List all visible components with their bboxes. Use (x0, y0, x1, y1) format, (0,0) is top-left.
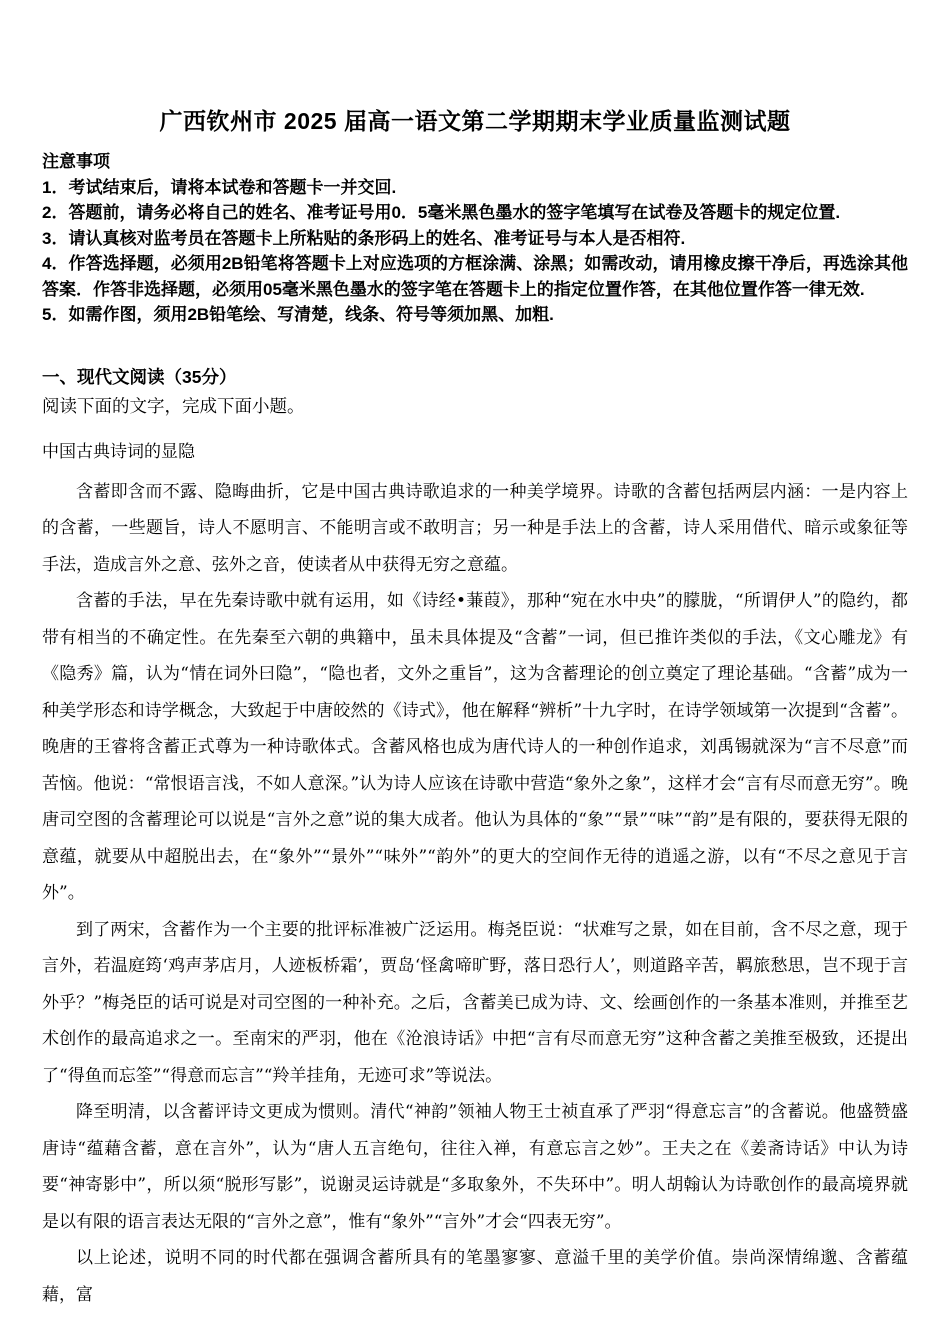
notice-section: 注意事项 1．考试结束后，请将本试卷和答题卡一并交回. 2．答题前，请务必将自己… (42, 149, 908, 328)
notice-item-4: 4．作答选择题，必须用2B铅笔将答题卡上对应选项的方框涂满、涂黑；如需改动，请用… (42, 251, 908, 302)
notice-item-5: 5．如需作图，须用2B铅笔绘、写清楚，线条、符号等须加黑、加粗. (42, 302, 908, 328)
essay-body: 含蓄即含而不露、隐晦曲折，它是中国古典诗歌追求的一种美学境界。诗歌的含蓄包括两层… (42, 474, 908, 1314)
essay-paragraph: 含蓄即含而不露、隐晦曲折，它是中国古典诗歌追求的一种美学境界。诗歌的含蓄包括两层… (42, 474, 908, 584)
essay-paragraph: 以上论述，说明不同的时代都在强调含蓄所具有的笔墨寥寥、意溢千里的美学价值。崇尚深… (42, 1240, 908, 1313)
notice-item-3: 3．请认真核对监考员在答题卡上所粘贴的条形码上的姓名、准考证号与本人是否相符. (42, 226, 908, 252)
essay-paragraph: 含蓄的手法，早在先秦诗歌中就有运用，如《诗经•蒹葭》，那种“宛在水中央”的朦胧，… (42, 583, 908, 912)
reading-instruction: 阅读下面的文字，完成下面小题。 (42, 393, 908, 419)
essay-paragraph: 降至明清，以含蓄评诗文更成为惯则。清代“神韵”领袖人物王士祯直承了严羽“得意忘言… (42, 1094, 908, 1240)
notice-item-1: 1．考试结束后，请将本试卷和答题卡一并交回. (42, 175, 908, 201)
essay-title: 中国古典诗词的显隐 (42, 440, 908, 464)
exam-paper-page: 广西钦州市 2025 届高一语文第二学期期末学业质量监测试题 注意事项 1．考试… (0, 0, 950, 1344)
page-title: 广西钦州市 2025 届高一语文第二学期期末学业质量监测试题 (42, 106, 908, 136)
notice-heading: 注意事项 (42, 149, 908, 175)
section-heading-modern-reading: 一、现代文阅读（35分） (42, 365, 908, 389)
essay-paragraph: 到了两宋，含蓄作为一个主要的批评标准被广泛运用。梅尧臣说：“状难写之景，如在目前… (42, 912, 908, 1095)
notice-item-2: 2．答题前，请务必将自己的姓名、准考证号用0．5毫米黑色墨水的签字笔填写在试卷及… (42, 200, 908, 226)
